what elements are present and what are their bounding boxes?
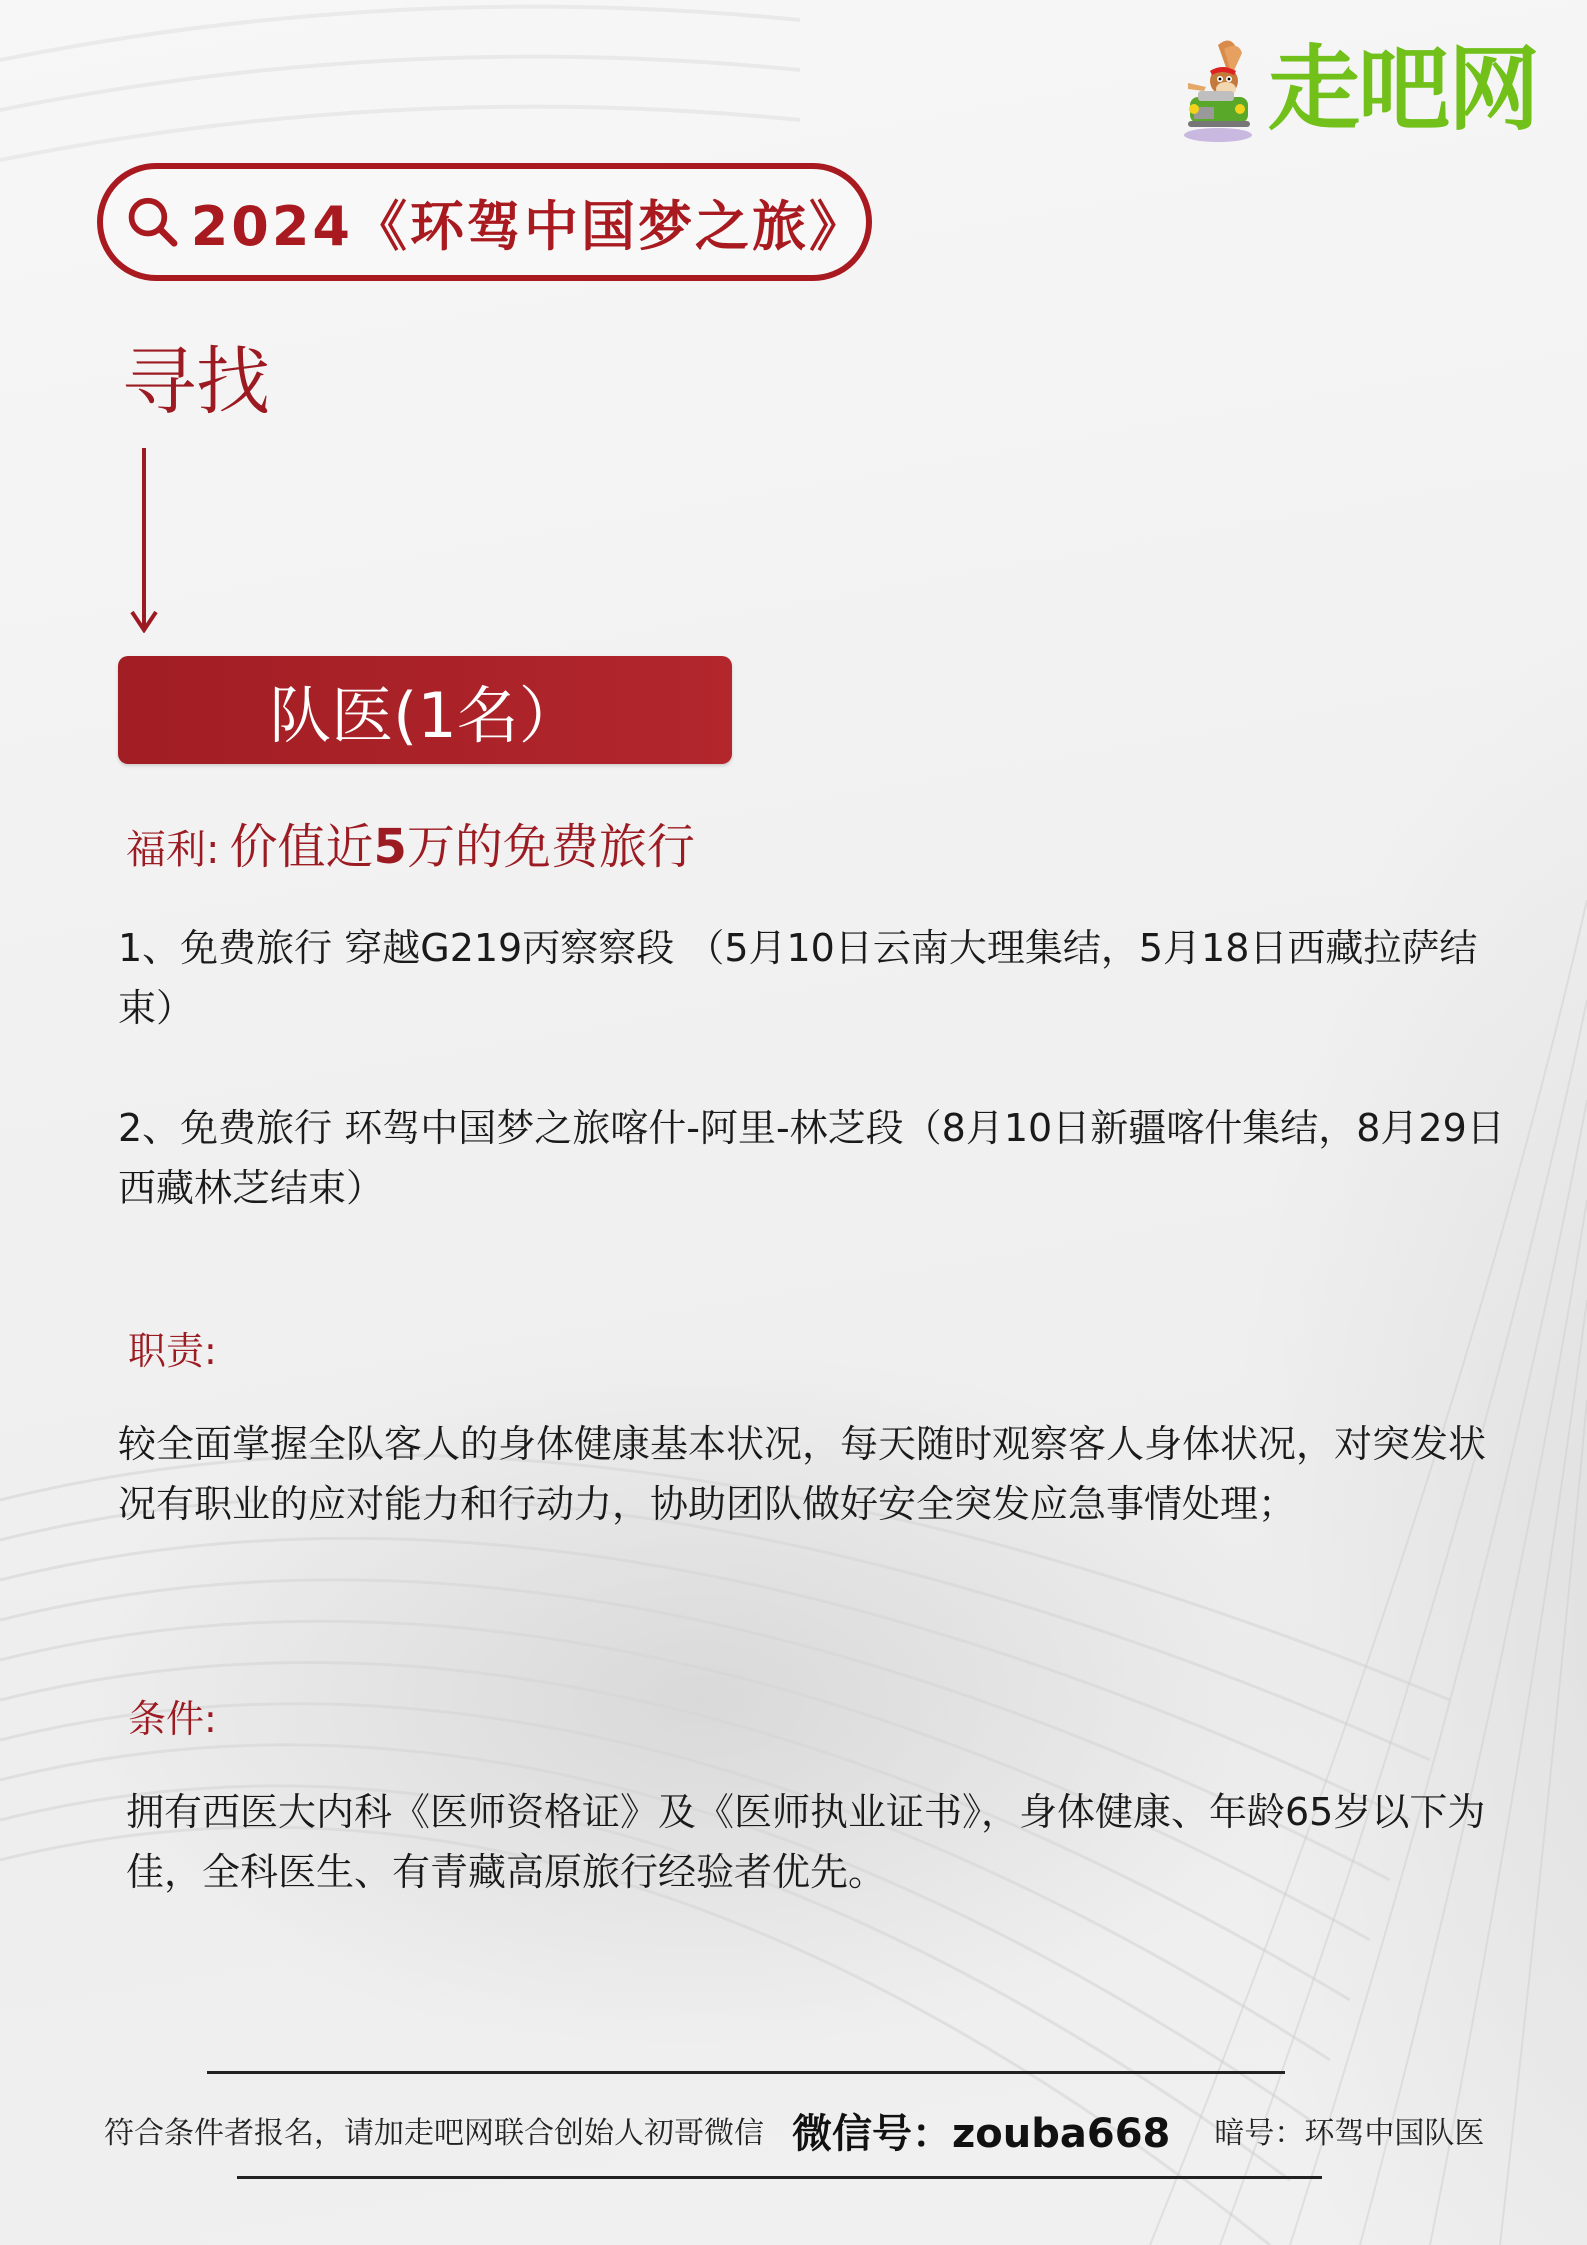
passphrase: 暗号：环驾中国队医 — [1214, 2108, 1484, 2152]
footer-contact: 符合条件者报名，请加走吧网联合创始人初哥微信 微信号：zouba668 暗号：环… — [104, 2100, 1574, 2160]
benefit-label: 福利: — [126, 818, 219, 875]
arrow-down-icon — [128, 448, 160, 633]
benefit-value-prefix: 价值近 — [229, 819, 373, 875]
trip-item-2: 2、免费旅行 环驾中国梦之旅喀什-阿里-林芝段（8月10日新疆喀什集结，8月29… — [118, 1098, 1518, 1218]
trip-item-1: 1、免费旅行 穿越G219丙察察段 （5月10日云南大理集结，5月18日西藏拉萨… — [118, 918, 1518, 1038]
role-title-banner: 队医(1名） — [118, 656, 732, 764]
campaign-title: 2024《环驾中国梦之旅》 — [191, 184, 866, 261]
role-title: 队医(1名） — [269, 666, 581, 755]
donkey-driving-car-icon — [1180, 35, 1260, 145]
footer-invite-text: 符合条件者报名，请加走吧网联合创始人初哥微信 — [104, 2108, 764, 2152]
seek-heading: 寻找 — [122, 345, 270, 419]
conditions-text: 拥有西医大内科《医师资格证》及《医师执业证书》，身体健康、年龄65岁以下为佳，全… — [126, 1782, 1526, 1902]
benefit-value-number: 5 — [374, 819, 407, 875]
footer-divider-bottom — [237, 2176, 1322, 2179]
duties-label: 职责: — [128, 1320, 217, 1375]
benefit-value-suffix: 万的免费旅行 — [407, 819, 695, 875]
campaign-title-banner: 2024《环驾中国梦之旅》 — [97, 163, 872, 281]
benefit-line: 福利: 价值近5万的免费旅行 — [126, 808, 695, 877]
zouba-logo: 走吧网 — [1180, 30, 1570, 150]
conditions-label: 条件: — [128, 1688, 217, 1743]
wechat-id: 微信号：zouba668 — [792, 2102, 1170, 2159]
duties-text: 较全面掌握全队客人的身体健康基本状况，每天随时观察客人身体状况，对突发状况有职业… — [118, 1414, 1518, 1534]
benefit-value: 价值近5万的免费旅行 — [229, 808, 694, 877]
search-icon — [125, 188, 181, 256]
brand-name: 走吧网 — [1268, 44, 1538, 136]
footer-divider-top — [207, 2071, 1285, 2074]
